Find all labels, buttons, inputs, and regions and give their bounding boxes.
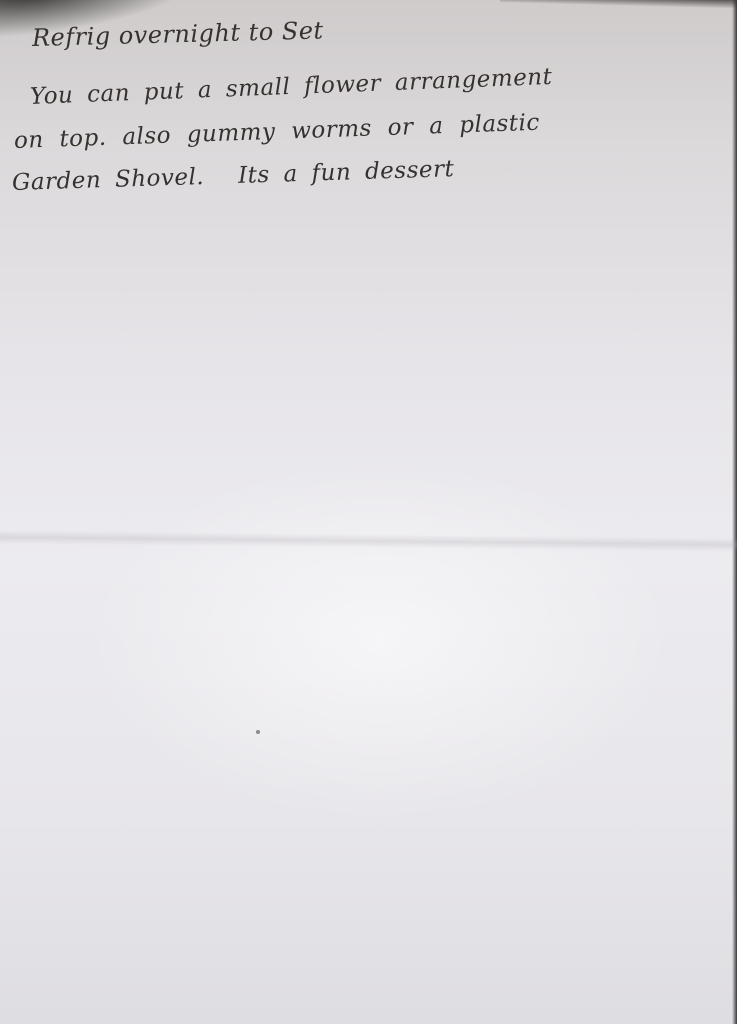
note-line-4-start: Garden Shovel. xyxy=(12,164,205,196)
note-line-3: on top. also gummy worms or a plastic xyxy=(14,110,541,154)
note-line-4: Garden Shovel.Its a fun dessert xyxy=(12,156,455,196)
note-line-4-end: Its a fun dessert xyxy=(238,156,455,189)
paper-speck xyxy=(256,730,260,734)
paper-top-edge xyxy=(500,0,737,9)
paper-right-edge xyxy=(732,0,737,1024)
note-line-2: You can put a small flower arrangement xyxy=(30,64,553,110)
spacer xyxy=(204,183,238,184)
fold-crease xyxy=(0,530,737,552)
paper-sheet: Refrig overnight to Set You can put a sm… xyxy=(0,0,737,1024)
